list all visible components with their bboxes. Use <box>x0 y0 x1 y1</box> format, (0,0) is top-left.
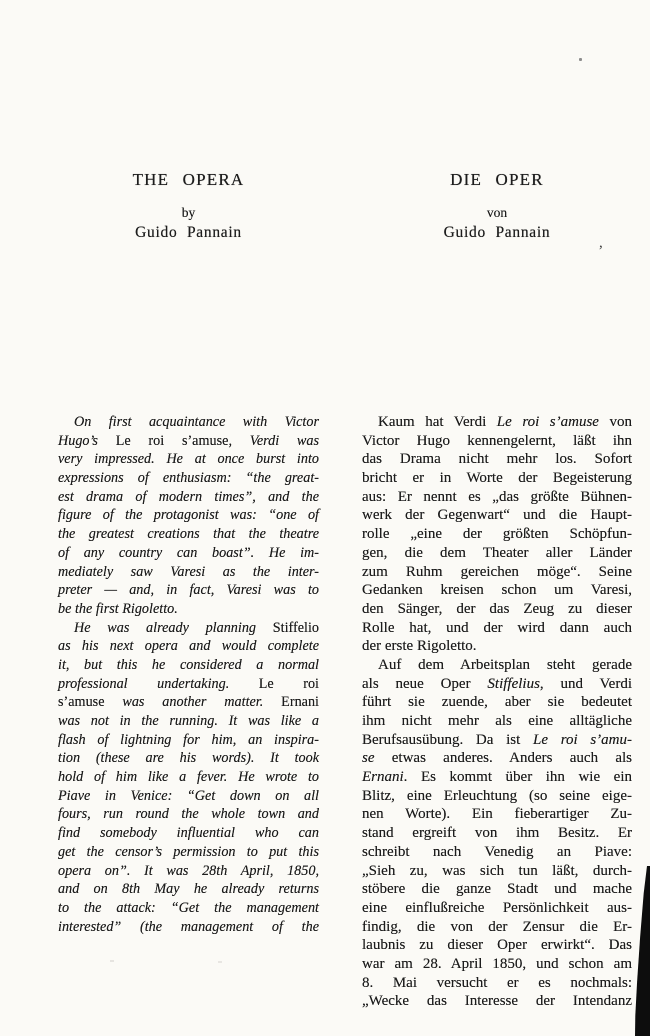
italic-text-segment: Hugo’s <box>58 433 116 449</box>
text-line: laubnis zu dieser Oper erwirkt“. Das <box>362 936 632 955</box>
scan-edge-shadow <box>635 866 650 1036</box>
italic-text-segment: get the censor’s permission to put this <box>58 844 319 860</box>
roman-text-segment: s’amuse <box>58 694 122 710</box>
italic-text-segment: figure of the protagonist was: “one of <box>58 507 319 523</box>
text-line: of any country can boast”. He im- <box>58 544 319 563</box>
text-line: schreibt nach Venedig an Piave: <box>362 843 632 862</box>
roman-text-segment: „Sieh zu, was sich tun läßt, durch- <box>362 863 632 879</box>
italic-text-segment: be the first Rigoletto. <box>58 601 178 617</box>
text-line: Blitz, eine Erleuchtung (so seine eige- <box>362 787 632 806</box>
text-line: tion (these are his words). It took <box>58 749 319 768</box>
text-line: get the censor’s permission to put this <box>58 843 319 862</box>
italic-text-segment: He was already planning <box>74 620 273 636</box>
italic-text-segment: find somebody influential who can <box>58 825 319 841</box>
italic-text-segment: was not in the running. It was like a <box>58 713 319 729</box>
italic-text-segment: was another matter. <box>122 694 281 710</box>
italic-text-segment: tion (these are his words). It took <box>58 750 319 766</box>
text-line: interested” (the management of the <box>58 918 319 937</box>
italic-text-segment: preter — and, in fact, Varesi was to <box>58 582 319 598</box>
roman-text-segment: Berufsausübung. Da ist <box>362 732 533 748</box>
text-line: gen, die dem Theater aller Länder <box>362 544 632 563</box>
italic-text-segment: Stiffelius <box>487 676 540 692</box>
text-line: findig, die von der Zensur die Er- <box>362 918 632 937</box>
roman-text-segment: Auf dem Arbeitsplan steht gerade <box>378 657 632 673</box>
text-line: Victor Hugo kennengelernt, läßt ihn <box>362 432 632 451</box>
roman-text-segment: zum Ruhm gereichen möge“. Seine <box>362 564 632 580</box>
text-line: bricht er in Worte der Begeisterung <box>362 469 632 488</box>
italic-text-segment: Le roi s’amu- <box>533 732 632 748</box>
text-line: Kaum hat Verdi Le roi s’amuse von <box>362 413 632 432</box>
english-text-column: On first acquaintance with VictorHugo’s … <box>58 413 319 936</box>
text-line: den Sänger, der das Zeug zu dieser <box>362 600 632 619</box>
text-line: and on 8th May he already returns <box>58 880 319 899</box>
text-line: eine einflußreiche Persönlichkeit aus- <box>362 899 632 918</box>
text-line: stöbere die ganze Stadt und mache <box>362 880 632 899</box>
text-line: find somebody influential who can <box>58 824 319 843</box>
right-column-title: DIE OPER <box>362 170 632 190</box>
text-line: Hugo’s Le roi s’amuse, Verdi was <box>58 432 319 451</box>
italic-text-segment: as his next opera and would complete <box>58 638 319 654</box>
text-line: „Wecke das Interesse der Intendanz <box>362 992 632 1011</box>
roman-text-segment: Stiffelio <box>273 620 319 636</box>
roman-text-segment: 8. Mai versucht er es nochmals: <box>362 975 632 991</box>
paragraph: He was already planning Stiffelioas his … <box>58 619 319 937</box>
roman-text-segment: Blitz, eine Erleuchtung (so seine eige- <box>362 788 632 804</box>
roman-text-segment: Victor Hugo kennengelernt, läßt ihn <box>362 433 632 449</box>
scan-smudge <box>218 961 222 963</box>
stray-comma-mark: , <box>599 235 603 252</box>
roman-text-segment: aus: Er nennt es „das größte Bühnen- <box>362 489 632 505</box>
italic-text-segment: and on 8th May he already returns <box>58 881 319 897</box>
text-line: „Sieh zu, was sich tun läßt, durch- <box>362 862 632 881</box>
roman-text-segment: rolle „eine der größten Schöpfun- <box>362 526 632 542</box>
roman-text-segment: ihm nicht mehr als eine alltägliche <box>362 713 632 729</box>
text-line: hold of him like a fever. He wrote to <box>58 768 319 787</box>
italic-text-segment: the greatest creations that the theatre <box>58 526 319 542</box>
text-line: aus: Er nennt es „das größte Bühnen- <box>362 488 632 507</box>
roman-text-segment: war am 28. April 1850, und schon am <box>362 956 632 972</box>
text-line: zum Ruhm gereichen möge“. Seine <box>362 563 632 582</box>
roman-text-segment: „Wecke das Interesse der Intendanz <box>362 993 632 1009</box>
text-line: das Drama nicht mehr los. Sofort <box>362 450 632 469</box>
roman-text-segment: den Sänger, der das Zeug zu dieser <box>362 601 632 617</box>
text-line: He was already planning Stiffelio <box>58 619 319 638</box>
text-line: opera on”. It was 28th April, 1850, <box>58 862 319 881</box>
right-column-author: Guido Pannain <box>362 224 632 241</box>
paragraph: Kaum hat Verdi Le roi s’amuse vonVictor … <box>362 413 632 656</box>
roman-text-segment: werk der Gegenwart“ und die Haupt- <box>362 507 632 523</box>
italic-text-segment: Piave in Venice: “Get down on all <box>58 788 319 804</box>
roman-text-segment: das Drama nicht mehr los. Sofort <box>362 451 632 467</box>
roman-text-segment: führt sie zuende, aber sie bedeutet <box>362 694 632 710</box>
text-line: Ernani. Es kommt über ihn wie ein <box>362 768 632 787</box>
text-line: Rolle hat, und der wird dann auch <box>362 619 632 638</box>
italic-text-segment: se <box>362 750 392 766</box>
italic-text-segment: it, but this he considered a normal <box>58 657 319 673</box>
german-text-column: Kaum hat Verdi Le roi s’amuse vonVictor … <box>362 413 632 1011</box>
roman-text-segment: eine einflußreiche Persönlichkeit aus- <box>362 900 632 916</box>
text-line: mediately saw Varesi as the inter- <box>58 563 319 582</box>
text-line: der erste Rigoletto. <box>362 637 632 656</box>
left-column-header: THE OPERA by Guido Pannain <box>58 170 319 241</box>
italic-text-segment: est drama of modern times”, and the <box>58 489 319 505</box>
text-line: was not in the running. It was like a <box>58 712 319 731</box>
italic-text-segment: expressions of enthusiasm: “the great- <box>58 470 319 486</box>
text-line: very impressed. He at once burst into <box>58 450 319 469</box>
italic-text-segment: of any country can boast”. He im- <box>58 545 319 561</box>
text-line: ihm nicht mehr als eine alltägliche <box>362 712 632 731</box>
roman-text-segment: etwas anderes. Anders auch als <box>392 750 632 766</box>
text-line: werk der Gegenwart“ und die Haupt- <box>362 506 632 525</box>
text-line: to the attack: “Get the management <box>58 899 319 918</box>
roman-text-segment: stöbere die ganze Stadt und mache <box>362 881 632 897</box>
roman-text-segment: Kaum hat Verdi <box>378 414 497 430</box>
right-column-byline: von <box>362 205 632 220</box>
text-line: war am 28. April 1850, und schon am <box>362 955 632 974</box>
text-line: figure of the protagonist was: “one of <box>58 506 319 525</box>
roman-text-segment: von <box>599 414 632 430</box>
italic-text-segment: interested” (the management of the <box>58 919 319 935</box>
text-line: be the first Rigoletto. <box>58 600 319 619</box>
text-line: Berufsausübung. Da ist Le roi s’amu- <box>362 731 632 750</box>
text-line: expressions of enthusiasm: “the great- <box>58 469 319 488</box>
right-column-header: DIE OPER von Guido Pannain <box>362 170 632 241</box>
roman-text-segment: findig, die von der Zensur die Er- <box>362 919 632 935</box>
roman-text-segment: als neue Oper <box>362 676 487 692</box>
book-page: THE OPERA by Guido Pannain DIE OPER von … <box>0 0 650 1036</box>
left-column-author: Guido Pannain <box>58 224 319 241</box>
roman-text-segment: Rolle hat, und der wird dann auch <box>362 620 632 636</box>
italic-text-segment: fours, run round the whole town and <box>58 806 319 822</box>
text-line: professional undertaking. Le roi <box>58 675 319 694</box>
italic-text-segment: flash of lightning for him, an inspira- <box>58 732 319 748</box>
text-line: führt sie zuende, aber sie bedeutet <box>362 693 632 712</box>
text-line: se etwas anderes. Anders auch als <box>362 749 632 768</box>
roman-text-segment: gen, die dem Theater aller Länder <box>362 545 632 561</box>
text-line: rolle „eine der größten Schöpfun- <box>362 525 632 544</box>
italic-text-segment: opera on”. It was 28th April, 1850, <box>58 863 319 879</box>
italic-text-segment: On first acquaintance with Victor <box>74 414 319 430</box>
paragraph: Auf dem Arbeitsplan steht geradeals neue… <box>362 656 632 1011</box>
scan-speck <box>579 58 582 61</box>
text-line: stand ergreift von ihm Besitz. Er <box>362 824 632 843</box>
roman-text-segment: schreibt nach Venedig an Piave: <box>362 844 632 860</box>
italic-text-segment: hold of him like a fever. He wrote to <box>58 769 319 785</box>
text-line: On first acquaintance with Victor <box>58 413 319 432</box>
roman-text-segment: Ernani <box>281 694 319 710</box>
roman-text-segment: der erste Rigoletto. <box>362 638 477 654</box>
paragraph: On first acquaintance with VictorHugo’s … <box>58 413 319 619</box>
italic-text-segment: mediately saw Varesi as the inter- <box>58 564 319 580</box>
text-line: nen Worte). Ein fieberartiger Zu- <box>362 805 632 824</box>
text-line: fours, run round the whole town and <box>58 805 319 824</box>
text-line: preter — and, in fact, Varesi was to <box>58 581 319 600</box>
italic-text-segment: to the attack: “Get the management <box>58 900 319 916</box>
roman-text-segment: nen Worte). Ein fieberartiger Zu- <box>362 806 632 822</box>
roman-text-segment: Gedanken kreisen schon um Varesi, <box>362 582 632 598</box>
text-line: Auf dem Arbeitsplan steht gerade <box>362 656 632 675</box>
roman-text-segment: laubnis zu dieser Oper erwirkt“. Das <box>362 937 632 953</box>
italic-text-segment: Le roi s’amuse <box>497 414 599 430</box>
roman-text-segment: . Es kommt über ihn wie ein <box>404 769 632 785</box>
roman-text-segment: stand ergreift von ihm Besitz. Er <box>362 825 632 841</box>
roman-text-segment: Le roi <box>259 676 319 692</box>
text-line: 8. Mai versucht er es nochmals: <box>362 974 632 993</box>
text-line: the greatest creations that the theatre <box>58 525 319 544</box>
text-line: est drama of modern times”, and the <box>58 488 319 507</box>
roman-text-segment: , und Verdi <box>540 676 632 692</box>
text-line: Gedanken kreisen schon um Varesi, <box>362 581 632 600</box>
italic-text-segment: Ernani <box>362 769 404 785</box>
text-line: flash of lightning for him, an inspira- <box>58 731 319 750</box>
text-line: s’amuse was another matter. Ernani <box>58 693 319 712</box>
text-line: it, but this he considered a normal <box>58 656 319 675</box>
roman-text-segment: Le roi s’amuse <box>116 433 229 449</box>
italic-text-segment: professional undertaking. <box>58 676 259 692</box>
italic-text-segment: , Verdi was <box>228 433 319 449</box>
text-line: als neue Oper Stiffelius, und Verdi <box>362 675 632 694</box>
roman-text-segment: bricht er in Worte der Begeisterung <box>362 470 632 486</box>
text-line: Piave in Venice: “Get down on all <box>58 787 319 806</box>
text-line: as his next opera and would complete <box>58 637 319 656</box>
italic-text-segment: very impressed. He at once burst into <box>58 451 319 467</box>
scan-smudge <box>110 960 114 962</box>
left-column-byline: by <box>58 205 319 220</box>
left-column-title: THE OPERA <box>58 170 319 190</box>
